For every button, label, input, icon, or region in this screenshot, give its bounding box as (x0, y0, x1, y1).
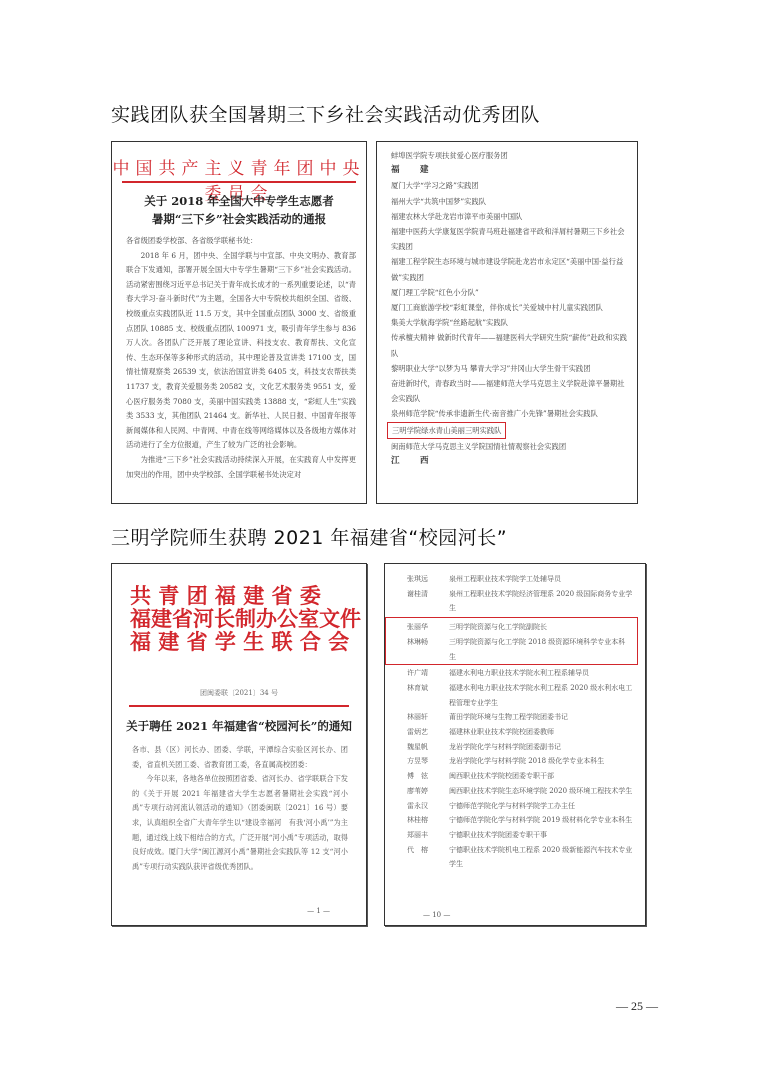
doc-number: 团闽委联〔2021〕34 号 (112, 688, 366, 698)
person-desc: 福建水利电力职业技术学院水利工程系 2020 级水利水电工程管理专业学生 (449, 681, 633, 710)
appointee-list: 张琪远 泉州工程职业技术学院学工处辅导员 谢桂清 泉州工程职业技术学院经济管理系… (407, 572, 633, 872)
notice-title-line1: 关于 2018 年全国大中专学生志愿者 (112, 192, 366, 210)
notice-body: 各市、县（区）河长办、团委、学联，平潭综合实验区河长办、团委，省直机关团工委、省… (132, 743, 348, 874)
list-item: 闽南师范大学马克思主义学院国情社情观察社会实践团 (391, 439, 627, 454)
issuer-header: 共 青 团 福 建 省 委 福建省河长制办公室文件 福 建 省 学 生 联 合 … (130, 584, 361, 653)
section1-heading: 实践团队获全国暑期三下乡社会实践活动优秀团队 (111, 100, 540, 127)
list-item: 福建农林大学赴龙岩市漳平市美丽中国队 (391, 209, 627, 224)
list-item: 泉州师范学院“传承非遗新生代·南音推广小先锋”暑期社会实践队 (391, 406, 627, 421)
doc-page-number: — 1 — (307, 907, 330, 915)
paragraph: 今年以来，各地各单位按照团省委、省河长办、省学联联合下发的《关于开展 2021 … (132, 772, 348, 874)
list-item: 集美大学航海学院“丝路起航”实践队 (391, 315, 627, 330)
person-desc: 宁德职业技术学院团委专职干事 (449, 828, 633, 843)
person-desc: 宁德职业技术学院机电工程系 2020 级新能源汽车技术专业学生 (449, 843, 633, 872)
person-name: 傅 铉 (407, 769, 449, 784)
salutation: 各省级团委学校部、各省级学联秘书处： (126, 234, 356, 249)
notice-body: 各省级团委学校部、各省级学联秘书处： 2018 年 6 月，团中央、全国学联与中… (126, 234, 356, 482)
province-label: 江 西 (391, 454, 627, 469)
highlight-box: 张丽华 三明学院资源与化工学院副院长 林琳畅 三明学院资源与化工学院 2018 … (385, 617, 638, 665)
list-item: 黎明职业大学“以梦为马 攀青大学习”井冈山大学生骨干实践团 (391, 361, 627, 376)
person-name: 廖苇婷 (407, 784, 449, 799)
person-desc: 龙岩学院化学与材料学院团委副书记 (449, 740, 633, 755)
person-desc: 龙岩学院化学与材料学院 2018 级化学专业本科生 (449, 754, 633, 769)
person-desc: 宁德师范学院化学与材料学院 2019 级材料化学专业本科生 (449, 813, 633, 828)
person-name: 雷永汉 (407, 799, 449, 814)
red-rule (129, 705, 349, 707)
list-row: 林桂榕 宁德师范学院化学与材料学院 2019 级材料化学专业本科生 (407, 813, 633, 828)
doc-page-number: — 10 — (423, 911, 450, 919)
list-item: 厦门理工学院“红色小分队” (391, 285, 627, 300)
list-row: 傅 铉 闽西职业技术学院校团委专职干部 (407, 769, 633, 784)
person-name: 许广靖 (407, 666, 449, 681)
list-item: 厦门大学“学习之路”实践团 (391, 178, 627, 193)
person-desc: 三明学院资源与化工学院副院长 (449, 620, 632, 635)
section2-heading: 三明学院师生获聘 2021 年福建省“校园河长” (111, 523, 507, 550)
doc-image-youth-league-notice: 中国共产主义青年团中央委员会 关于 2018 年全国大中专学生志愿者 暑期“三下… (111, 141, 367, 504)
list-item: 福建中医药大学康复医学院青马班赴福建省平政和洋屑村暑期三下乡社会实践团 (391, 224, 627, 254)
salutation: 各市、县（区）河长办、团委、学联，平潭综合实验区河长办、团委，省直机关团工委、省… (132, 743, 348, 772)
doc-image-river-chief-notice: 共 青 团 福 建 省 委 福建省河长制办公室文件 福 建 省 学 生 联 合 … (111, 563, 367, 926)
issuer-line: 福建省河长制办公室文件 (130, 607, 361, 630)
list-row: 张丽华 三明学院资源与化工学院副院长 (407, 620, 632, 635)
person-desc: 莆田学院环境与生物工程学院团委书记 (449, 710, 633, 725)
list-row: 方昱琴 龙岩学院化学与材料学院 2018 级化学专业本科生 (407, 754, 633, 769)
paragraph: 2018 年 6 月，团中央、全国学联与中宣部、中央文明办、教育部联合下发通知，… (126, 249, 356, 453)
notice-title: 关于聘任 2021 年福建省“校园河长”的通知 (112, 718, 366, 734)
paragraph: 为推进“三下乡”社会实践活动持续深入开展，在实践育人中发挥更加突出的作用，团中央… (126, 453, 356, 482)
list-item: 福建工程学院生态环境与城市建设学院赴龙岩市永定区“美丽中国·益行益做”实践团 (391, 254, 627, 284)
person-desc: 闽西职业技术学院生态环境学院 2020 级环境工程技术学生 (449, 784, 633, 799)
doc-image-team-list: 蚌埠医学院专项扶贫爱心医疗服务团 福 建 厦门大学“学习之路”实践团 福州大学“… (376, 141, 638, 504)
page-number: — 25 — (616, 999, 658, 1014)
person-desc: 泉州工程职业技术学院学工处辅导员 (449, 572, 633, 587)
person-name: 张丽华 (407, 620, 449, 635)
person-name: 林育斌 (407, 681, 449, 710)
list-row: 代 榕 宁德职业技术学院机电工程系 2020 级新能源汽车技术专业学生 (407, 843, 633, 872)
list-row: 谢桂清 泉州工程职业技术学院经济管理系 2020 级国际商务专业学生 (407, 587, 633, 616)
issuer-line: 共 青 团 福 建 省 委 (130, 584, 361, 607)
highlighted-list-item: 三明学院绿水青山美丽三明实践队 (387, 422, 506, 439)
notice-title-line2: 暑期“三下乡”社会实践活动的通报 (112, 210, 366, 228)
person-name: 张琪远 (407, 572, 449, 587)
list-row: 林丽轩 莆田学院环境与生物工程学院团委书记 (407, 710, 633, 725)
person-name: 林琳畅 (407, 635, 449, 664)
list-row: 雷炳艺 福建林业职业技术学院校团委教师 (407, 725, 633, 740)
list-row: 郑丽丰 宁德职业技术学院团委专职干事 (407, 828, 633, 843)
list-item: 传承檀夫精神 做新时代青年——福建医科大学研究生院“薪传”赴政和实践队 (391, 330, 627, 360)
team-list: 蚌埠医学院专项扶贫爱心医疗服务团 福 建 厦门大学“学习之路”实践团 福州大学“… (391, 148, 627, 469)
list-item: 奋进新时代，青春政当时——福建师范大学马克思主义学院赴漳平暑期社会实践队 (391, 376, 627, 406)
list-row: 林育斌 福建水利电力职业技术学院水利工程系 2020 级水利水电工程管理专业学生 (407, 681, 633, 710)
issuer-line: 福 建 省 学 生 联 合 会 (130, 630, 361, 653)
person-desc: 三明学院资源与化工学院 2018 级资源环境科学专业本科生 (449, 635, 632, 664)
person-name: 雷炳艺 (407, 725, 449, 740)
province-label: 福 建 (391, 163, 627, 178)
person-desc: 宁德师范学院化学与材料学院学工办主任 (449, 799, 633, 814)
person-name: 林丽轩 (407, 710, 449, 725)
person-desc: 泉州工程职业技术学院经济管理系 2020 级国际商务专业学生 (449, 587, 633, 616)
person-desc: 闽西职业技术学院校团委专职干部 (449, 769, 633, 784)
list-item: 蚌埠医学院专项扶贫爱心医疗服务团 (391, 148, 627, 163)
person-name: 郑丽丰 (407, 828, 449, 843)
list-row: 张琪远 泉州工程职业技术学院学工处辅导员 (407, 572, 633, 587)
list-row: 林琳畅 三明学院资源与化工学院 2018 级资源环境科学专业本科生 (407, 635, 632, 664)
person-name: 魏星帆 (407, 740, 449, 755)
list-item: 福州大学“共筑中国梦”实践队 (391, 194, 627, 209)
person-name: 谢桂清 (407, 587, 449, 616)
list-row: 许广靖 福建水利电力职业技术学院水利工程系辅导员 (407, 666, 633, 681)
person-desc: 福建林业职业技术学院校团委教师 (449, 725, 633, 740)
list-row: 廖苇婷 闽西职业技术学院生态环境学院 2020 级环境工程技术学生 (407, 784, 633, 799)
person-name: 林桂榕 (407, 813, 449, 828)
list-row: 雷永汉 宁德师范学院化学与材料学院学工办主任 (407, 799, 633, 814)
person-name: 方昱琴 (407, 754, 449, 769)
doc-image-name-list: 张琪远 泉州工程职业技术学院学工处辅导员 谢桂清 泉州工程职业技术学院经济管理系… (384, 563, 646, 926)
notice-title: 关于 2018 年全国大中专学生志愿者 暑期“三下乡”社会实践活动的通报 (112, 192, 366, 228)
list-row: 魏星帆 龙岩学院化学与材料学院团委副书记 (407, 740, 633, 755)
red-rule (122, 181, 356, 183)
person-name: 代 榕 (407, 843, 449, 872)
person-desc: 福建水利电力职业技术学院水利工程系辅导员 (449, 666, 633, 681)
list-item: 厦门工商旅游学校“彩虹课堂，伴你成长”关爱城中村儿童实践团队 (391, 300, 627, 315)
